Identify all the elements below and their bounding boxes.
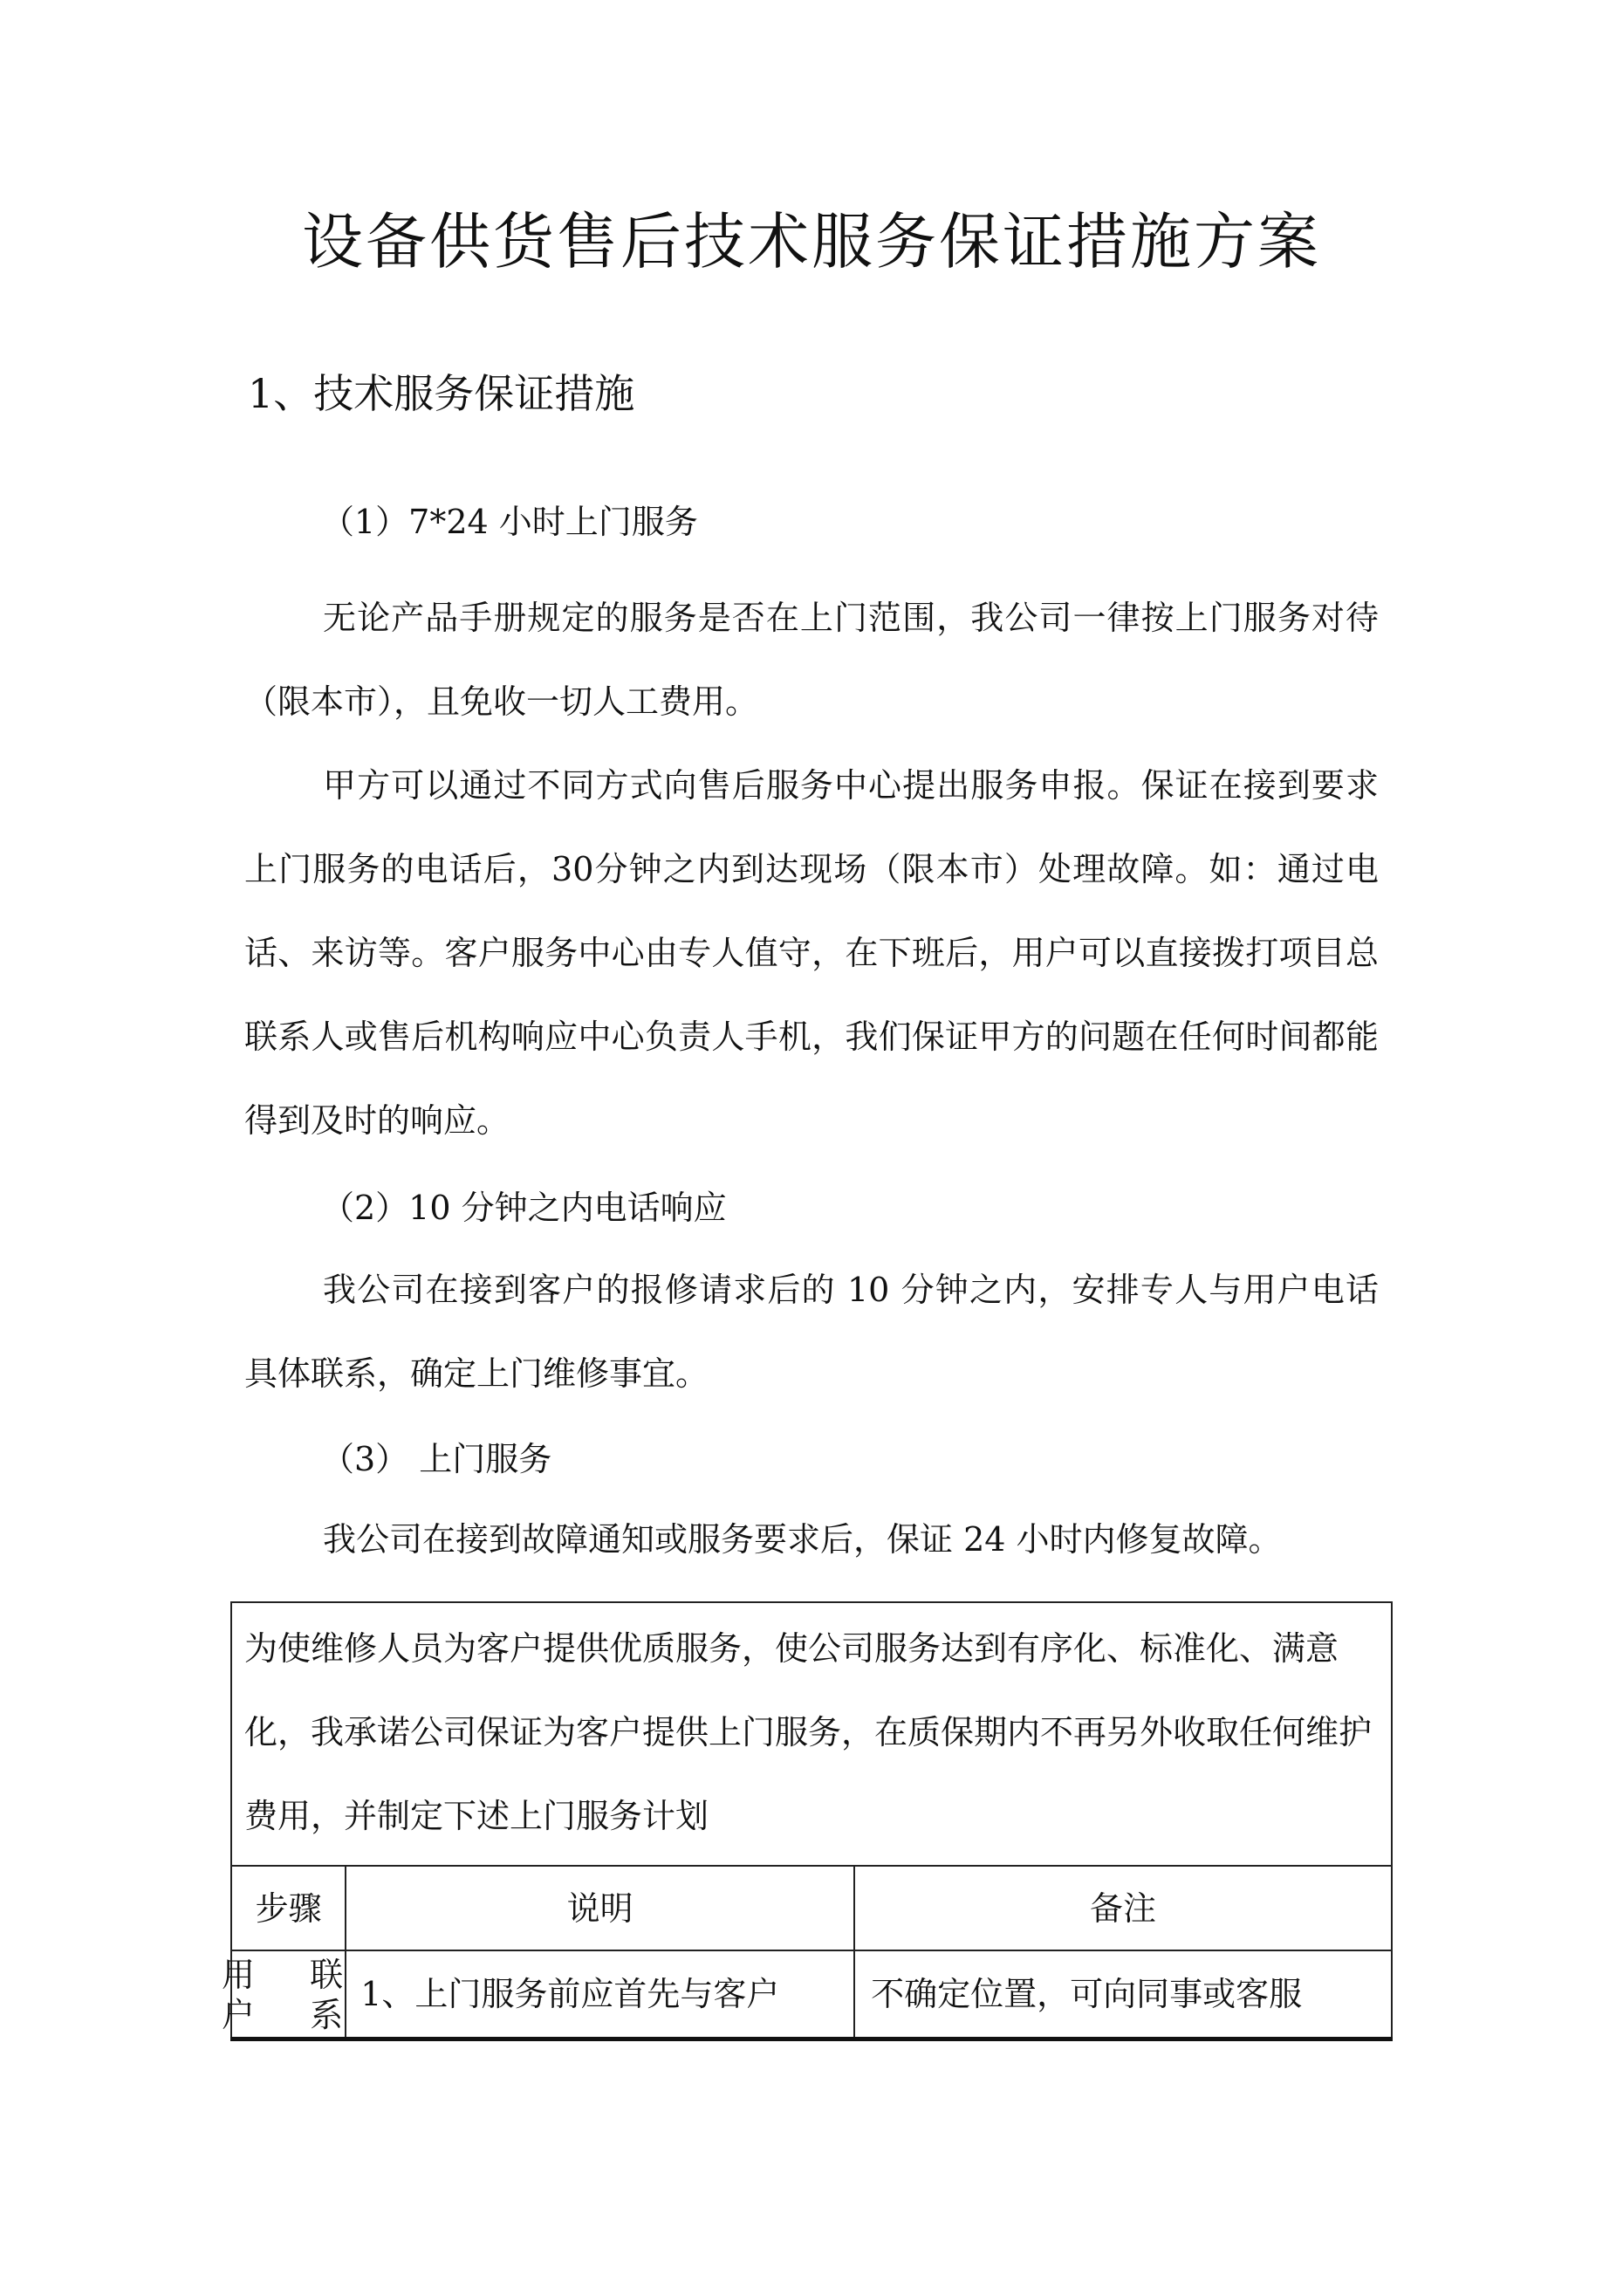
table-intro-cell: 为使维修人员为客户提供优质服务，使公司服务达到有序化、标准化、满意化，我承诺公司… [231,1602,1392,1866]
step-label-right: 联系 [308,1955,343,2035]
column-header-step: 步骤 [231,1866,346,1950]
subheading-1: （1）7*24 小时上门服务 [321,496,698,548]
service-plan-table: 为使维修人员为客户提供优质服务，使公司服务达到有序化、标准化、满意化，我承诺公司… [230,1601,1393,2041]
step-label-left: 用户 [222,1955,257,2035]
description-cell: 1、上门服务前应首先与客户 [346,1950,854,2039]
paragraph-3-1: 我公司在接到故障通知或服务要求后，保证 24 小时内修复故障。 [244,1498,1414,1581]
step-cell: 用户 联系 [231,1950,346,2039]
paragraph-2-1: 我公司在接到客户的报修请求后的 10 分钟之内，安排专人与用户电话具体联系，确定… [244,1248,1379,1415]
column-header-description: 说明 [346,1866,854,1950]
subheading-3: （3） 上门服务 [321,1433,551,1485]
table-header-row: 步骤 说明 备注 [231,1866,1392,1950]
document-page: 设备供货售后技术服务保证措施方案 1、技术服务保证措施 （1）7*24 小时上门… [0,0,1623,2296]
paragraph-1-2: 甲方可以通过不同方式向售后服务中心提出服务申报。保证在接到要求上门服务的电话后，… [244,744,1379,1162]
page-title: 设备供货售后技术服务保证措施方案 [0,202,1623,281]
column-header-note: 备注 [854,1866,1392,1950]
subheading-2: （2）10 分钟之内电话响应 [321,1182,727,1234]
section-heading: 1、技术服务保证措施 [248,367,634,421]
paragraph-1-1: 无论产品手册规定的服务是否在上门范围，我公司一律按上门服务对待（限本市），且免收… [244,576,1379,744]
note-cell: 不确定位置，可向同事或客服 [854,1950,1392,2039]
table-row: 用户 联系 1、上门服务前应首先与客户 不确定位置，可向同事或客服 [231,1950,1392,2039]
table-intro-row: 为使维修人员为客户提供优质服务，使公司服务达到有序化、标准化、满意化，我承诺公司… [231,1602,1392,1866]
